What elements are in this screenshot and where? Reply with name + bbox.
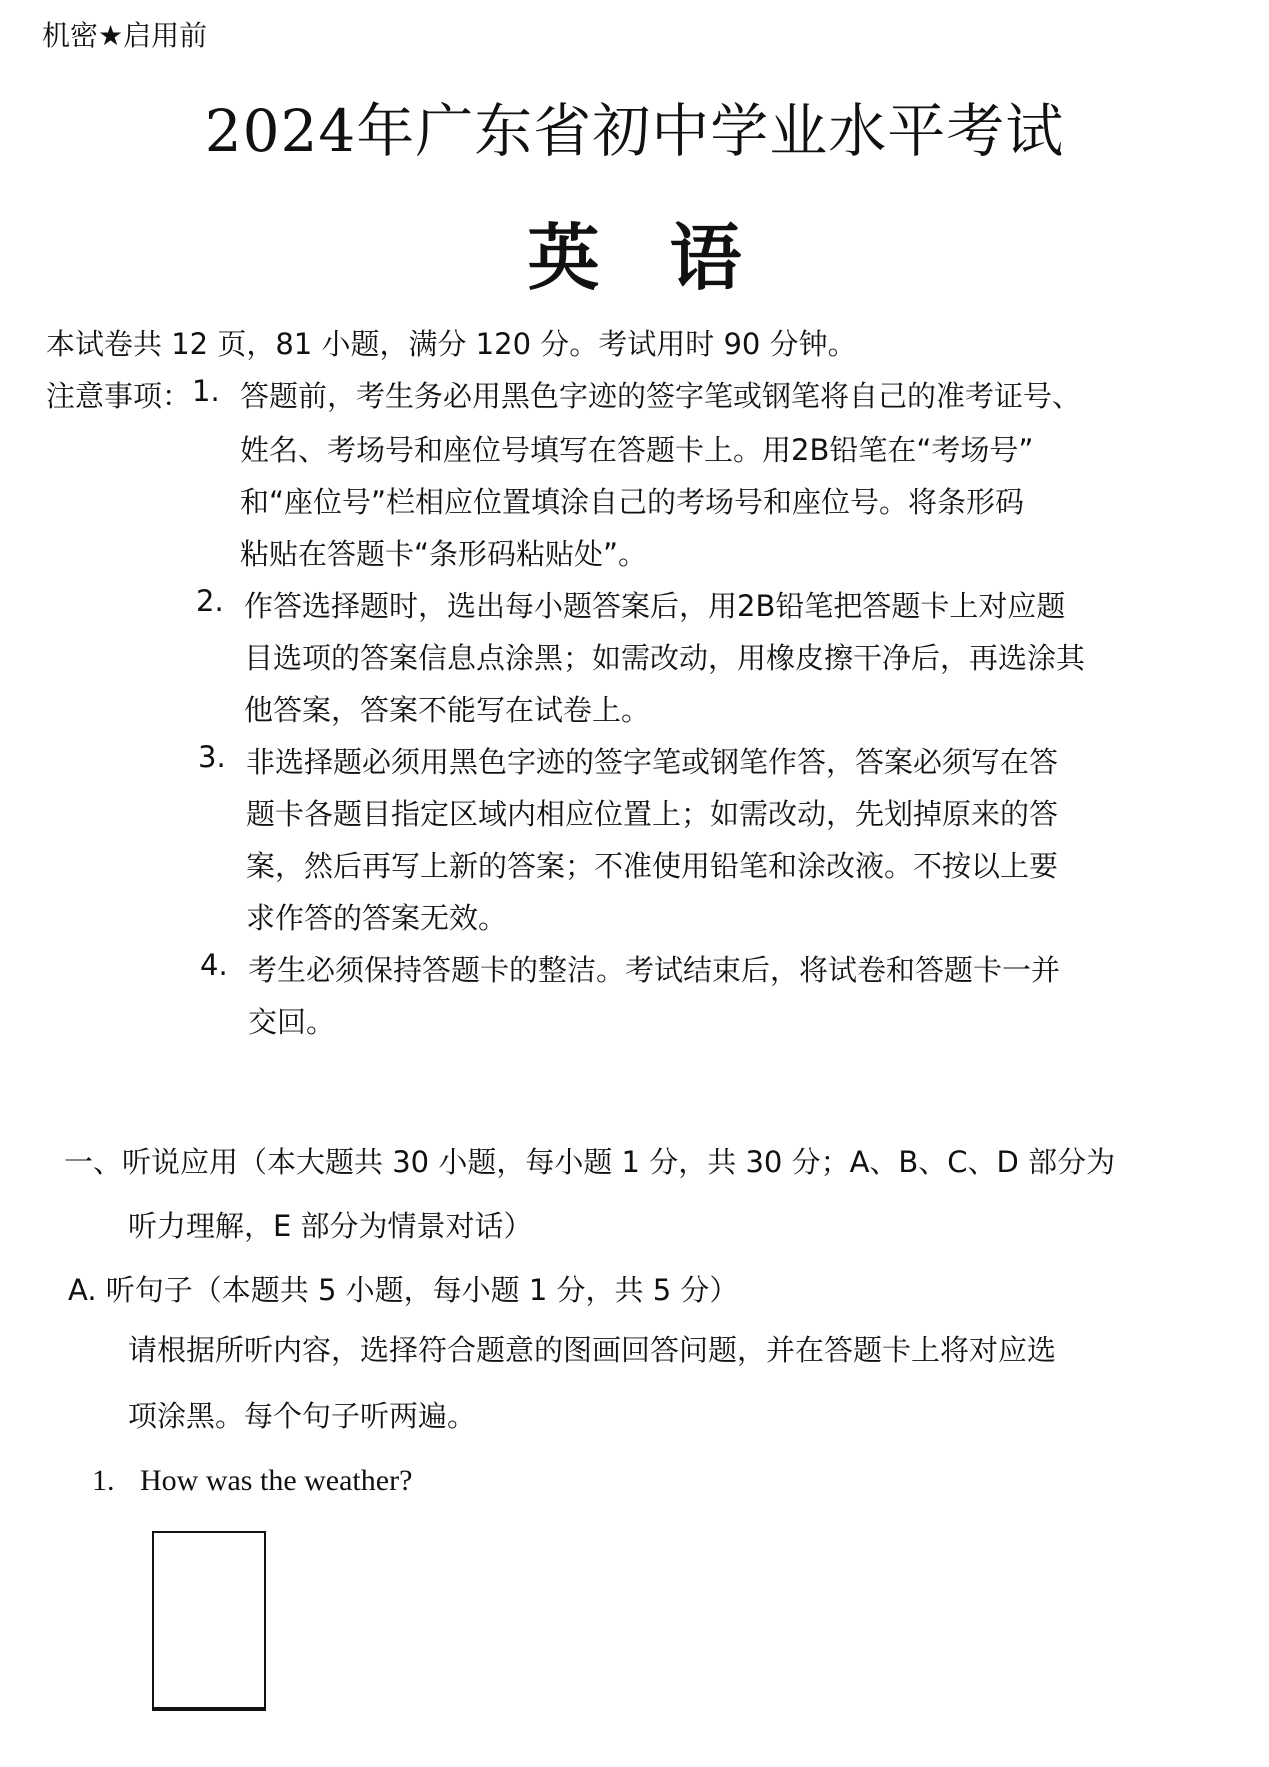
notice-3-line-4: 求作答的答案无效。 xyxy=(246,896,507,937)
notice-1-line-3: 和“座位号”栏相应位置填涂自己的考场号和座位号。将条形码 xyxy=(240,480,1024,521)
notice-3-line-1: 非选择题必须用黑色字迹的签字笔或钢笔作答，答案必须写在答 xyxy=(246,740,1058,781)
confidential-mark: 机密★启用前 xyxy=(42,14,207,54)
exam-title: 2024年广东省初中学业水平考试 xyxy=(0,84,1269,168)
notice-2-line-3: 他答案，答案不能写在试卷上。 xyxy=(244,688,650,729)
section-1-heading-line-1: 一、听说应用（本大题共 30 小题，每小题 1 分，共 30 分；A、B、C、D… xyxy=(64,1140,1115,1181)
section-1-heading-line-2: 听力理解，E 部分为情景对话） xyxy=(128,1204,533,1245)
part-a-instruction-line-1: 请根据所听内容，选择符合题意的图画回答问题，并在答题卡上将对应选 xyxy=(128,1328,1056,1369)
notice-3-line-3: 案，然后再写上新的答案；不准使用铅笔和涂改液。不按以上要 xyxy=(246,844,1058,885)
notice-1-line-4: 粘贴在答题卡“条形码粘贴处”。 xyxy=(240,532,647,573)
part-a-heading: A. 听句子（本题共 5 小题，每小题 1 分，共 5 分） xyxy=(68,1268,738,1309)
question-1-text: How was the weather? xyxy=(140,1464,412,1498)
notice-3-number: 3. xyxy=(198,740,226,774)
question-1-number: 1. xyxy=(92,1464,115,1498)
notice-3-line-2: 题卡各题目指定区域内相应位置上；如需改动，先划掉原来的答 xyxy=(246,792,1058,833)
subject-char-1: 英 xyxy=(527,200,599,304)
notice-1-line-2: 姓名、考场号和座位号填写在答题卡上。用2B铅笔在“考场号” xyxy=(240,428,1033,469)
notice-1-number: 1. xyxy=(192,374,220,408)
snow-cloud-icon xyxy=(154,1531,267,1711)
exam-summary: 本试卷共 12 页，81 小题，满分 120 分。考试用时 90 分钟。 xyxy=(46,322,857,363)
notice-4-line-1: 考生必须保持答题卡的整洁。考试结束后，将试卷和答题卡一并 xyxy=(248,948,1060,989)
notice-2-line-2: 目选项的答案信息点涂黑；如需改动，用橡皮擦干净后，再选涂其 xyxy=(244,636,1085,677)
notice-4-number: 4. xyxy=(200,948,228,982)
notice-2-number: 2. xyxy=(196,584,224,618)
part-a-instruction-line-2: 项涂黑。每个句子听两遍。 xyxy=(128,1394,476,1435)
subject-char-2: 语 xyxy=(670,200,742,304)
subject-title: 英语 xyxy=(0,200,1269,304)
notice-label: 注意事项： xyxy=(46,374,191,415)
notice-1-line-1: 答题前，考生务必用黑色字迹的签字笔或钢笔将自己的准考证号、 xyxy=(240,374,1081,415)
notice-2-line-1: 作答选择题时，选出每小题答案后，用2B铅笔把答题卡上对应题 xyxy=(244,584,1065,625)
notice-4-line-2: 交回。 xyxy=(248,1000,335,1041)
